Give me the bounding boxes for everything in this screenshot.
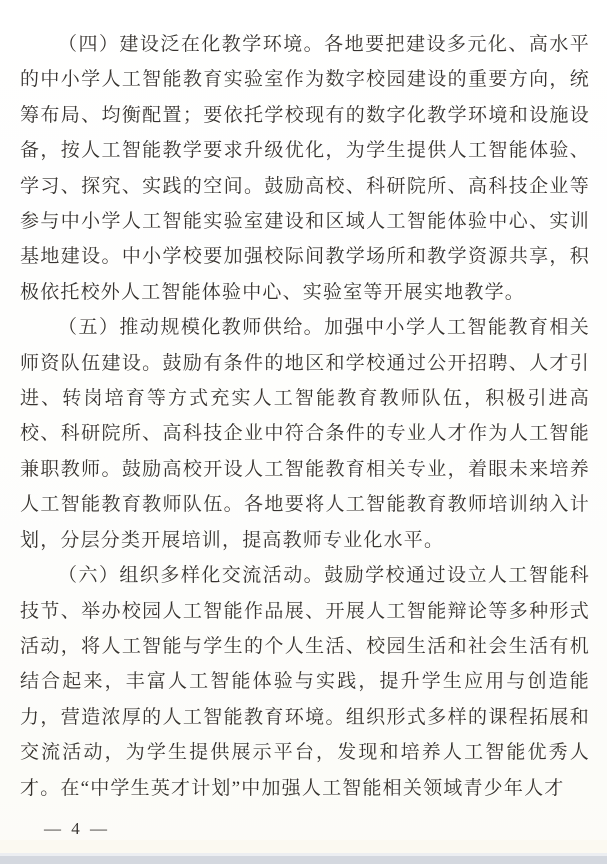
scan-edge-cream-band — [0, 840, 607, 853]
page-number: — 4 — — [44, 817, 110, 841]
paragraph-item-6: （六）组织多样化交流活动。鼓励学校通过设立人工智能科技节、举办校园人工智能作品展… — [20, 558, 590, 806]
document-body: （四）建设泛在化教学环境。各地要把建设多元化、高水平的中小学人工智能教育实验室作… — [20, 27, 590, 806]
paragraph-item-5: （五）推动规模化教师供给。加强中小学人工智能教育相关师资队伍建设。鼓励有条件的地… — [20, 310, 590, 558]
scanned-document-page: （四）建设泛在化教学环境。各地要把建设多元化、高水平的中小学人工智能教育实验室作… — [0, 0, 607, 864]
scan-edge-gray-strip — [0, 856, 607, 864]
paragraph-item-4: （四）建设泛在化教学环境。各地要把建设多元化、高水平的中小学人工智能教育实验室作… — [20, 27, 590, 310]
